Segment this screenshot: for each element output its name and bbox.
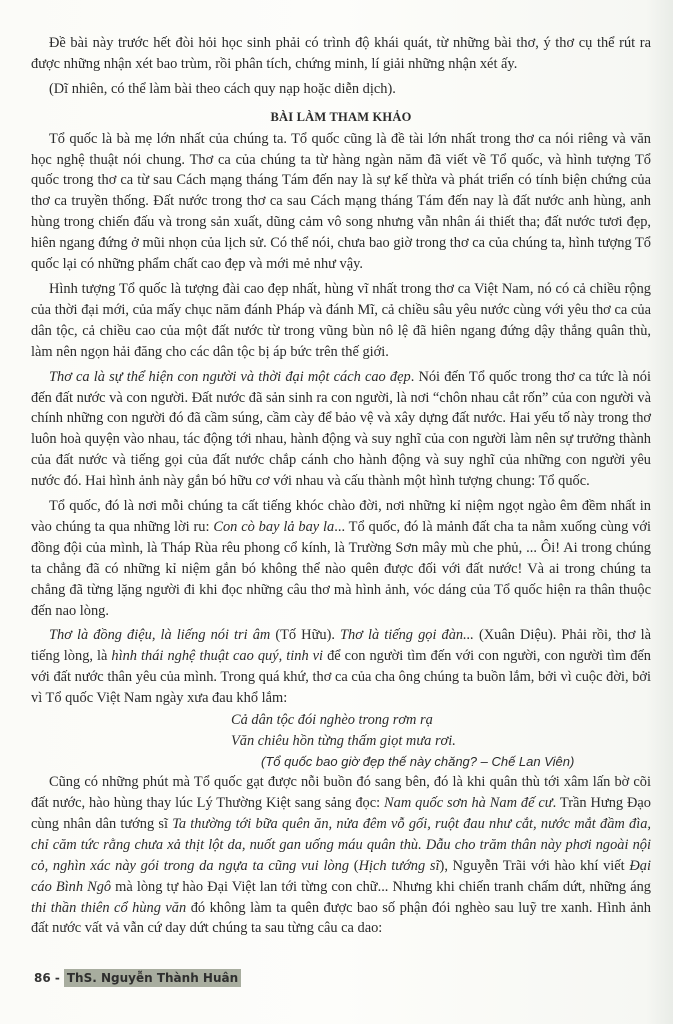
body-paragraph-4: Tổ quốc, đó là nơi mỗi chúng ta cất tiến… (31, 496, 651, 621)
page-footer: 86 - ThS. Nguyễn Thành Huân (34, 969, 241, 987)
italic-title: Hịch tướng sĩ (359, 858, 440, 874)
book-page: Đề bài này trước hết đòi hỏi học sinh ph… (0, 0, 673, 1024)
italic-quote: Thơ là tiếng gọi đàn... (340, 627, 474, 643)
italic-quote: Con cò bay lả bay la (213, 519, 334, 535)
body-paragraph-6: Cũng có những phút mà Tổ quốc gạt được n… (31, 772, 651, 939)
body-paragraph-2: Hình tượng Tổ quốc là tượng đài cao đẹp … (31, 279, 651, 363)
paragraph-text: ), Nguyễn Trãi với hào khí viết (440, 858, 630, 874)
section-heading: BÀI LÀM THAM KHẢO (31, 107, 651, 128)
author-name: ThS. Nguyễn Thành Huân (64, 969, 241, 987)
intro-paragraph-1: Đề bài này trước hết đòi hỏi học sinh ph… (31, 33, 651, 75)
paragraph-text: mà lòng tự hào Đại Việt lan tới từng con… (111, 879, 651, 895)
page-content: Đề bài này trước hết đòi hỏi học sinh ph… (31, 33, 651, 939)
poem-attribution: (Tổ quốc bao giờ đẹp thế này chăng? – Ch… (261, 752, 651, 772)
italic-quote: hình thái nghệ thuật cao quý, tinh vi (111, 648, 323, 664)
body-paragraph-5: Thơ là đồng điệu, là liếng nói tri âm (T… (31, 625, 651, 709)
body-paragraph-3: Thơ ca là sự thể hiện con người và thời … (31, 367, 651, 492)
italic-quote: Nam quốc sơn hà Nam đế cư (384, 795, 553, 811)
poem-line-2: Văn chiêu hồn từng thấm giọt mưa rơi. (231, 731, 651, 752)
body-paragraph-1: Tổ quốc là bà mẹ lớn nhất của chúng ta. … (31, 129, 651, 275)
paragraph-text: . Nói đến Tổ quốc trong thơ ca tức là nó… (31, 369, 651, 490)
italic-quote: Thơ là đồng điệu, là liếng nói tri âm (49, 627, 270, 643)
intro-paragraph-2: (Dĩ nhiên, có thể làm bài theo cách quy … (31, 79, 651, 100)
italic-quote: thi thần thiên cổ hùng văn (31, 900, 186, 916)
paragraph-text: ( (349, 858, 359, 874)
italic-quote: Thơ ca là sự thể hiện con người và thời … (49, 369, 411, 385)
page-number: 86 - (34, 971, 60, 985)
poem-block: Cả dân tộc đói nghèo trong rơm rạ Văn ch… (231, 710, 651, 752)
poem-line-1: Cả dân tộc đói nghèo trong rơm rạ (231, 710, 651, 731)
paragraph-text: (Tố Hữu). (270, 627, 340, 643)
